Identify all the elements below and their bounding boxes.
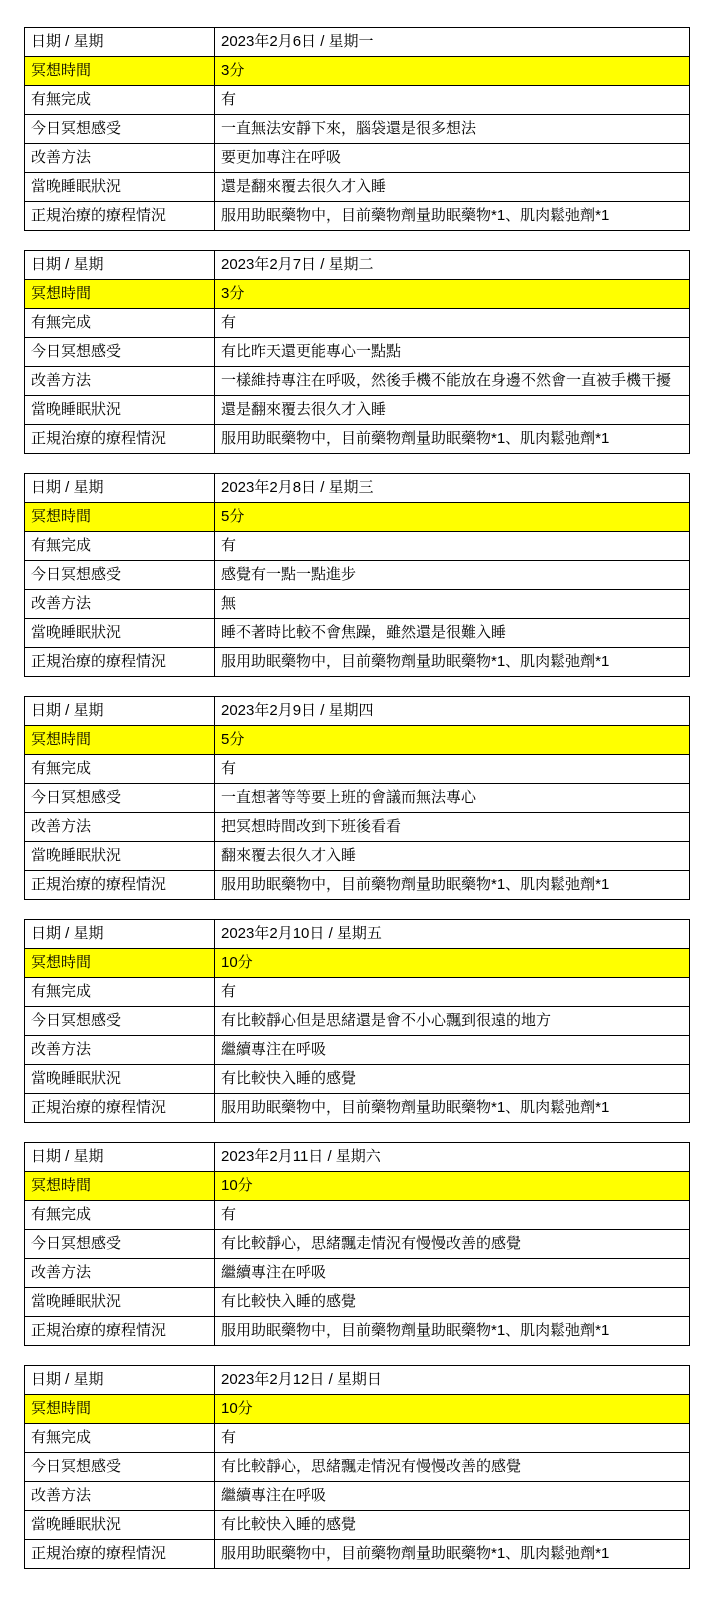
row-meditation-time: 冥想時間 10分 xyxy=(25,949,690,978)
row-improvement: 改善方法 繼續專注在呼吸 xyxy=(25,1036,690,1065)
completed-value: 有 xyxy=(215,1424,690,1453)
completed-value: 有 xyxy=(215,1201,690,1230)
feeling-label: 今日冥想感受 xyxy=(25,338,215,367)
diary-table-feb8: 日期 / 星期 2023年2月8日 / 星期三 冥想時間 5分 有無完成 有 今… xyxy=(24,473,690,677)
completed-label: 有無完成 xyxy=(25,309,215,338)
feeling-label: 今日冥想感受 xyxy=(25,1007,215,1036)
row-feeling: 今日冥想感受 一直無法安靜下來，腦袋還是很多想法 xyxy=(25,115,690,144)
improvement-value: 要更加專注在呼吸 xyxy=(215,144,690,173)
date-value: 2023年2月6日 / 星期一 xyxy=(215,28,690,57)
diary-table-feb11: 日期 / 星期 2023年2月11日 / 星期六 冥想時間 10分 有無完成 有… xyxy=(24,1142,690,1346)
sleep-label: 當晚睡眠狀況 xyxy=(25,173,215,202)
improvement-value: 繼續專注在呼吸 xyxy=(215,1482,690,1511)
completed-label: 有無完成 xyxy=(25,1424,215,1453)
diary-table-feb10: 日期 / 星期 2023年2月10日 / 星期五 冥想時間 10分 有無完成 有… xyxy=(24,919,690,1123)
improvement-label: 改善方法 xyxy=(25,367,215,396)
date-label: 日期 / 星期 xyxy=(25,28,215,57)
date-label: 日期 / 星期 xyxy=(25,1366,215,1395)
row-feeling: 今日冥想感受 有比昨天還更能專心一點點 xyxy=(25,338,690,367)
row-completed: 有無完成 有 xyxy=(25,978,690,1007)
date-value: 2023年2月10日 / 星期五 xyxy=(215,920,690,949)
date-value: 2023年2月8日 / 星期三 xyxy=(215,474,690,503)
sleep-label: 當晚睡眠狀況 xyxy=(25,1065,215,1094)
sleep-value: 還是翻來覆去很久才入睡 xyxy=(215,396,690,425)
row-date: 日期 / 星期 2023年2月12日 / 星期日 xyxy=(25,1366,690,1395)
meditation-time-label: 冥想時間 xyxy=(25,1172,215,1201)
sleep-value: 有比較快入睡的感覺 xyxy=(215,1511,690,1540)
row-date: 日期 / 星期 2023年2月9日 / 星期四 xyxy=(25,697,690,726)
date-label: 日期 / 星期 xyxy=(25,697,215,726)
row-sleep: 當晚睡眠狀況 有比較快入睡的感覺 xyxy=(25,1288,690,1317)
diary-table-feb12: 日期 / 星期 2023年2月12日 / 星期日 冥想時間 10分 有無完成 有… xyxy=(24,1365,690,1569)
sleep-value: 有比較快入睡的感覺 xyxy=(215,1288,690,1317)
meditation-time-label: 冥想時間 xyxy=(25,57,215,86)
row-improvement: 改善方法 把冥想時間改到下班後看看 xyxy=(25,813,690,842)
meditation-time-value: 3分 xyxy=(215,57,690,86)
sleep-label: 當晚睡眠狀況 xyxy=(25,1511,215,1540)
improvement-value: 繼續專注在呼吸 xyxy=(215,1259,690,1288)
treatment-label: 正規治療的療程情況 xyxy=(25,648,215,677)
sleep-value: 睡不著時比較不會焦躁，雖然還是很難入睡 xyxy=(215,619,690,648)
row-meditation-time: 冥想時間 10分 xyxy=(25,1172,690,1201)
feeling-value: 有比昨天還更能專心一點點 xyxy=(215,338,690,367)
meditation-time-label: 冥想時間 xyxy=(25,949,215,978)
feeling-value: 一直無法安靜下來，腦袋還是很多想法 xyxy=(215,115,690,144)
treatment-value: 服用助眠藥物中，目前藥物劑量助眠藥物*1、肌肉鬆弛劑*1 xyxy=(215,425,690,454)
meditation-time-label: 冥想時間 xyxy=(25,726,215,755)
row-feeling: 今日冥想感受 有比較靜心但是思緒還是會不小心飄到很遠的地方 xyxy=(25,1007,690,1036)
row-improvement: 改善方法 要更加專注在呼吸 xyxy=(25,144,690,173)
date-value: 2023年2月9日 / 星期四 xyxy=(215,697,690,726)
row-improvement: 改善方法 繼續專注在呼吸 xyxy=(25,1482,690,1511)
sleep-label: 當晚睡眠狀況 xyxy=(25,1288,215,1317)
completed-label: 有無完成 xyxy=(25,978,215,1007)
sleep-label: 當晚睡眠狀況 xyxy=(25,396,215,425)
improvement-label: 改善方法 xyxy=(25,590,215,619)
row-meditation-time: 冥想時間 3分 xyxy=(25,57,690,86)
feeling-value: 有比較靜心，思緒飄走情況有慢慢改善的感覺 xyxy=(215,1230,690,1259)
row-date: 日期 / 星期 2023年2月8日 / 星期三 xyxy=(25,474,690,503)
row-meditation-time: 冥想時間 5分 xyxy=(25,726,690,755)
meditation-time-label: 冥想時間 xyxy=(25,280,215,309)
improvement-label: 改善方法 xyxy=(25,144,215,173)
row-treatment: 正規治療的療程情況 服用助眠藥物中，目前藥物劑量助眠藥物*1、肌肉鬆弛劑*1 xyxy=(25,1094,690,1123)
meditation-time-value: 5分 xyxy=(215,503,690,532)
sleep-value: 有比較快入睡的感覺 xyxy=(215,1065,690,1094)
row-date: 日期 / 星期 2023年2月7日 / 星期二 xyxy=(25,251,690,280)
row-sleep: 當晚睡眠狀況 還是翻來覆去很久才入睡 xyxy=(25,173,690,202)
row-feeling: 今日冥想感受 有比較靜心，思緒飄走情況有慢慢改善的感覺 xyxy=(25,1230,690,1259)
meditation-time-value: 10分 xyxy=(215,1172,690,1201)
date-label: 日期 / 星期 xyxy=(25,920,215,949)
feeling-label: 今日冥想感受 xyxy=(25,1230,215,1259)
row-treatment: 正規治療的療程情況 服用助眠藥物中，目前藥物劑量助眠藥物*1、肌肉鬆弛劑*1 xyxy=(25,648,690,677)
diary-table-feb7: 日期 / 星期 2023年2月7日 / 星期二 冥想時間 3分 有無完成 有 今… xyxy=(24,250,690,454)
date-label: 日期 / 星期 xyxy=(25,251,215,280)
row-sleep: 當晚睡眠狀況 睡不著時比較不會焦躁，雖然還是很難入睡 xyxy=(25,619,690,648)
row-completed: 有無完成 有 xyxy=(25,755,690,784)
row-completed: 有無完成 有 xyxy=(25,532,690,561)
completed-label: 有無完成 xyxy=(25,755,215,784)
meditation-time-value: 3分 xyxy=(215,280,690,309)
feeling-label: 今日冥想感受 xyxy=(25,561,215,590)
feeling-label: 今日冥想感受 xyxy=(25,115,215,144)
row-sleep: 當晚睡眠狀況 還是翻來覆去很久才入睡 xyxy=(25,396,690,425)
meditation-time-value: 5分 xyxy=(215,726,690,755)
improvement-label: 改善方法 xyxy=(25,813,215,842)
row-feeling: 今日冥想感受 有比較靜心，思緒飄走情況有慢慢改善的感覺 xyxy=(25,1453,690,1482)
improvement-value: 一樣維持專注在呼吸，然後手機不能放在身邊不然會一直被手機干擾 xyxy=(215,367,690,396)
row-meditation-time: 冥想時間 10分 xyxy=(25,1395,690,1424)
treatment-label: 正規治療的療程情況 xyxy=(25,871,215,900)
diary-table-feb6: 日期 / 星期 2023年2月6日 / 星期一 冥想時間 3分 有無完成 有 今… xyxy=(24,27,690,231)
feeling-value: 有比較靜心，思緒飄走情況有慢慢改善的感覺 xyxy=(215,1453,690,1482)
row-feeling: 今日冥想感受 感覺有一點一點進步 xyxy=(25,561,690,590)
treatment-value: 服用助眠藥物中，目前藥物劑量助眠藥物*1、肌肉鬆弛劑*1 xyxy=(215,1317,690,1346)
date-label: 日期 / 星期 xyxy=(25,1143,215,1172)
treatment-label: 正規治療的療程情況 xyxy=(25,425,215,454)
sleep-value: 還是翻來覆去很久才入睡 xyxy=(215,173,690,202)
sleep-value: 翻來覆去很久才入睡 xyxy=(215,842,690,871)
meditation-time-label: 冥想時間 xyxy=(25,503,215,532)
row-meditation-time: 冥想時間 3分 xyxy=(25,280,690,309)
meditation-time-value: 10分 xyxy=(215,949,690,978)
row-sleep: 當晚睡眠狀況 有比較快入睡的感覺 xyxy=(25,1511,690,1540)
completed-value: 有 xyxy=(215,755,690,784)
completed-value: 有 xyxy=(215,309,690,338)
improvement-value: 無 xyxy=(215,590,690,619)
treatment-value: 服用助眠藥物中，目前藥物劑量助眠藥物*1、肌肉鬆弛劑*1 xyxy=(215,1540,690,1569)
sleep-label: 當晚睡眠狀況 xyxy=(25,842,215,871)
row-treatment: 正規治療的療程情況 服用助眠藥物中，目前藥物劑量助眠藥物*1、肌肉鬆弛劑*1 xyxy=(25,1317,690,1346)
feeling-label: 今日冥想感受 xyxy=(25,1453,215,1482)
sleep-label: 當晚睡眠狀況 xyxy=(25,619,215,648)
date-value: 2023年2月12日 / 星期日 xyxy=(215,1366,690,1395)
completed-value: 有 xyxy=(215,532,690,561)
improvement-value: 繼續專注在呼吸 xyxy=(215,1036,690,1065)
completed-value: 有 xyxy=(215,978,690,1007)
completed-value: 有 xyxy=(215,86,690,115)
row-sleep: 當晚睡眠狀況 翻來覆去很久才入睡 xyxy=(25,842,690,871)
row-meditation-time: 冥想時間 5分 xyxy=(25,503,690,532)
improvement-label: 改善方法 xyxy=(25,1036,215,1065)
feeling-value: 感覺有一點一點進步 xyxy=(215,561,690,590)
completed-label: 有無完成 xyxy=(25,532,215,561)
treatment-label: 正規治療的療程情況 xyxy=(25,202,215,231)
row-treatment: 正規治療的療程情況 服用助眠藥物中，目前藥物劑量助眠藥物*1、肌肉鬆弛劑*1 xyxy=(25,871,690,900)
completed-label: 有無完成 xyxy=(25,86,215,115)
improvement-label: 改善方法 xyxy=(25,1259,215,1288)
row-feeling: 今日冥想感受 一直想著等等要上班的會議而無法專心 xyxy=(25,784,690,813)
feeling-value: 一直想著等等要上班的會議而無法專心 xyxy=(215,784,690,813)
row-treatment: 正規治療的療程情況 服用助眠藥物中，目前藥物劑量助眠藥物*1、肌肉鬆弛劑*1 xyxy=(25,425,690,454)
treatment-label: 正規治療的療程情況 xyxy=(25,1540,215,1569)
treatment-label: 正規治療的療程情況 xyxy=(25,1094,215,1123)
row-improvement: 改善方法 一樣維持專注在呼吸，然後手機不能放在身邊不然會一直被手機干擾 xyxy=(25,367,690,396)
treatment-value: 服用助眠藥物中，目前藥物劑量助眠藥物*1、肌肉鬆弛劑*1 xyxy=(215,871,690,900)
improvement-value: 把冥想時間改到下班後看看 xyxy=(215,813,690,842)
row-sleep: 當晚睡眠狀況 有比較快入睡的感覺 xyxy=(25,1065,690,1094)
meditation-time-label: 冥想時間 xyxy=(25,1395,215,1424)
treatment-value: 服用助眠藥物中，目前藥物劑量助眠藥物*1、肌肉鬆弛劑*1 xyxy=(215,202,690,231)
row-improvement: 改善方法 無 xyxy=(25,590,690,619)
feeling-label: 今日冥想感受 xyxy=(25,784,215,813)
row-date: 日期 / 星期 2023年2月11日 / 星期六 xyxy=(25,1143,690,1172)
row-date: 日期 / 星期 2023年2月6日 / 星期一 xyxy=(25,28,690,57)
row-treatment: 正規治療的療程情況 服用助眠藥物中，目前藥物劑量助眠藥物*1、肌肉鬆弛劑*1 xyxy=(25,202,690,231)
date-value: 2023年2月11日 / 星期六 xyxy=(215,1143,690,1172)
row-improvement: 改善方法 繼續專注在呼吸 xyxy=(25,1259,690,1288)
completed-label: 有無完成 xyxy=(25,1201,215,1230)
row-treatment: 正規治療的療程情況 服用助眠藥物中，目前藥物劑量助眠藥物*1、肌肉鬆弛劑*1 xyxy=(25,1540,690,1569)
improvement-label: 改善方法 xyxy=(25,1482,215,1511)
treatment-value: 服用助眠藥物中，目前藥物劑量助眠藥物*1、肌肉鬆弛劑*1 xyxy=(215,1094,690,1123)
row-completed: 有無完成 有 xyxy=(25,309,690,338)
date-value: 2023年2月7日 / 星期二 xyxy=(215,251,690,280)
row-completed: 有無完成 有 xyxy=(25,86,690,115)
date-label: 日期 / 星期 xyxy=(25,474,215,503)
row-completed: 有無完成 有 xyxy=(25,1424,690,1453)
diary-table-feb9: 日期 / 星期 2023年2月9日 / 星期四 冥想時間 5分 有無完成 有 今… xyxy=(24,696,690,900)
treatment-label: 正規治療的療程情況 xyxy=(25,1317,215,1346)
document-page: 日期 / 星期 2023年2月6日 / 星期一 冥想時間 3分 有無完成 有 今… xyxy=(0,0,726,1618)
feeling-value: 有比較靜心但是思緒還是會不小心飄到很遠的地方 xyxy=(215,1007,690,1036)
row-date: 日期 / 星期 2023年2月10日 / 星期五 xyxy=(25,920,690,949)
row-completed: 有無完成 有 xyxy=(25,1201,690,1230)
meditation-time-value: 10分 xyxy=(215,1395,690,1424)
treatment-value: 服用助眠藥物中，目前藥物劑量助眠藥物*1、肌肉鬆弛劑*1 xyxy=(215,648,690,677)
